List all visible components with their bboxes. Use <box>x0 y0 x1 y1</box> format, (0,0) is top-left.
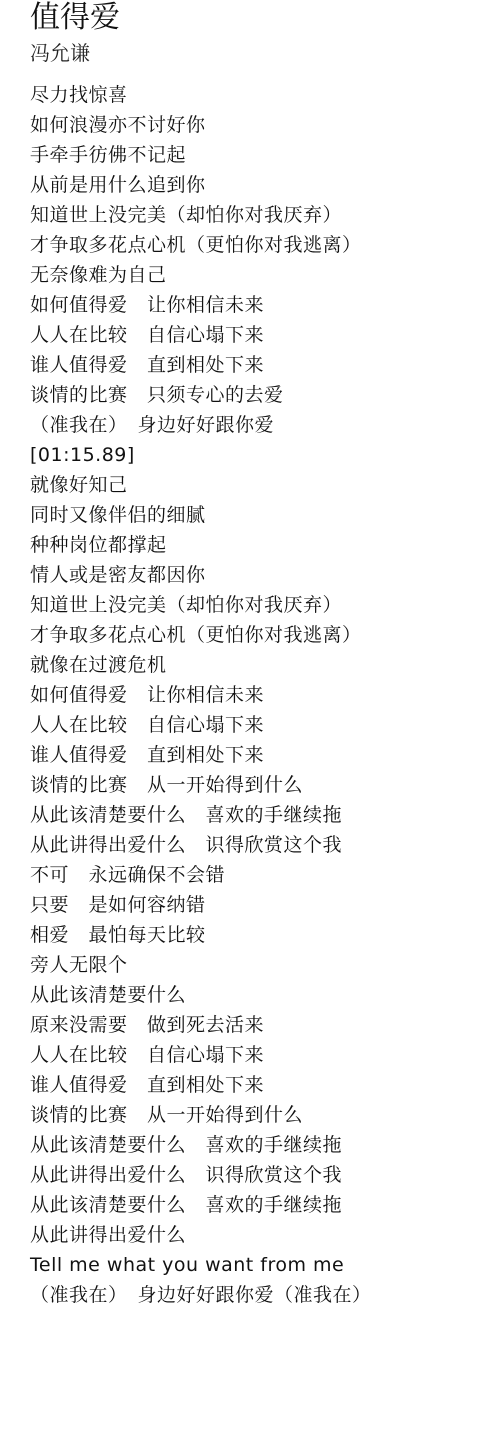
lyric-line: （准我在） 身边好好跟你爱（准我在） <box>30 1280 490 1310</box>
lyric-line: 从此该清楚要什么 <box>30 980 490 1010</box>
lyrics-page: 值得爱 冯允谦 尽力找惊喜如何浪漫亦不讨好你手牵手彷佛不记起从前是用什么追到你知… <box>30 0 490 1310</box>
lyric-line: 谈情的比赛 从一开始得到什么 <box>30 770 490 800</box>
lyric-line: 知道世上没完美（却怕你对我厌弃） <box>30 590 490 620</box>
lyric-line: 同时又像伴侣的细腻 <box>30 500 490 530</box>
lyric-line: 从此讲得出爱什么 识得欣赏这个我 <box>30 830 490 860</box>
lyric-line: 谁人值得爱 直到相处下来 <box>30 740 490 770</box>
lyric-line: 才争取多花点心机（更怕你对我逃离） <box>30 620 490 650</box>
lyric-line: 人人在比较 自信心塌下来 <box>30 320 490 350</box>
lyric-line: 人人在比较 自信心塌下来 <box>30 710 490 740</box>
lyric-line: [01:15.89] <box>30 440 490 470</box>
lyric-line: 种种岗位都撑起 <box>30 530 490 560</box>
lyric-line: 情人或是密友都因你 <box>30 560 490 590</box>
lyrics-body: 尽力找惊喜如何浪漫亦不讨好你手牵手彷佛不记起从前是用什么追到你知道世上没完美（却… <box>30 80 490 1310</box>
lyric-line: 谁人值得爱 直到相处下来 <box>30 1070 490 1100</box>
lyric-line: 从此该清楚要什么 喜欢的手继续拖 <box>30 1190 490 1220</box>
lyric-line: 谈情的比赛 从一开始得到什么 <box>30 1100 490 1130</box>
lyric-line: 手牵手彷佛不记起 <box>30 140 490 170</box>
lyric-line: 才争取多花点心机（更怕你对我逃离） <box>30 230 490 260</box>
lyric-line: 尽力找惊喜 <box>30 80 490 110</box>
lyric-line: 人人在比较 自信心塌下来 <box>30 1040 490 1070</box>
lyric-line: 如何值得爱 让你相信未来 <box>30 680 490 710</box>
lyric-line: 从此该清楚要什么 喜欢的手继续拖 <box>30 800 490 830</box>
lyric-line: 就像在过渡危机 <box>30 650 490 680</box>
song-title: 值得爱 <box>30 0 490 36</box>
lyric-line: 只要 是如何容纳错 <box>30 890 490 920</box>
artist-name: 冯允谦 <box>30 38 490 68</box>
lyric-line: 知道世上没完美（却怕你对我厌弃） <box>30 200 490 230</box>
lyric-line: 不可 永远确保不会错 <box>30 860 490 890</box>
lyric-line: 旁人无限个 <box>30 950 490 980</box>
lyric-line: 如何值得爱 让你相信未来 <box>30 290 490 320</box>
lyric-line: 就像好知己 <box>30 470 490 500</box>
lyric-line: （准我在） 身边好好跟你爱 <box>30 410 490 440</box>
lyric-line: 相爱 最怕每天比较 <box>30 920 490 950</box>
lyric-line: 如何浪漫亦不讨好你 <box>30 110 490 140</box>
lyric-line: Tell me what you want from me <box>30 1250 490 1280</box>
lyric-line: 从此该清楚要什么 喜欢的手继续拖 <box>30 1130 490 1160</box>
lyric-line: 从此讲得出爱什么 识得欣赏这个我 <box>30 1160 490 1190</box>
lyric-line: 无奈像难为自己 <box>30 260 490 290</box>
lyric-line: 从此讲得出爱什么 <box>30 1220 490 1250</box>
lyric-line: 谁人值得爱 直到相处下来 <box>30 350 490 380</box>
lyric-line: 原来没需要 做到死去活来 <box>30 1010 490 1040</box>
lyric-line: 谈情的比赛 只须专心的去爱 <box>30 380 490 410</box>
lyric-line: 从前是用什么追到你 <box>30 170 490 200</box>
